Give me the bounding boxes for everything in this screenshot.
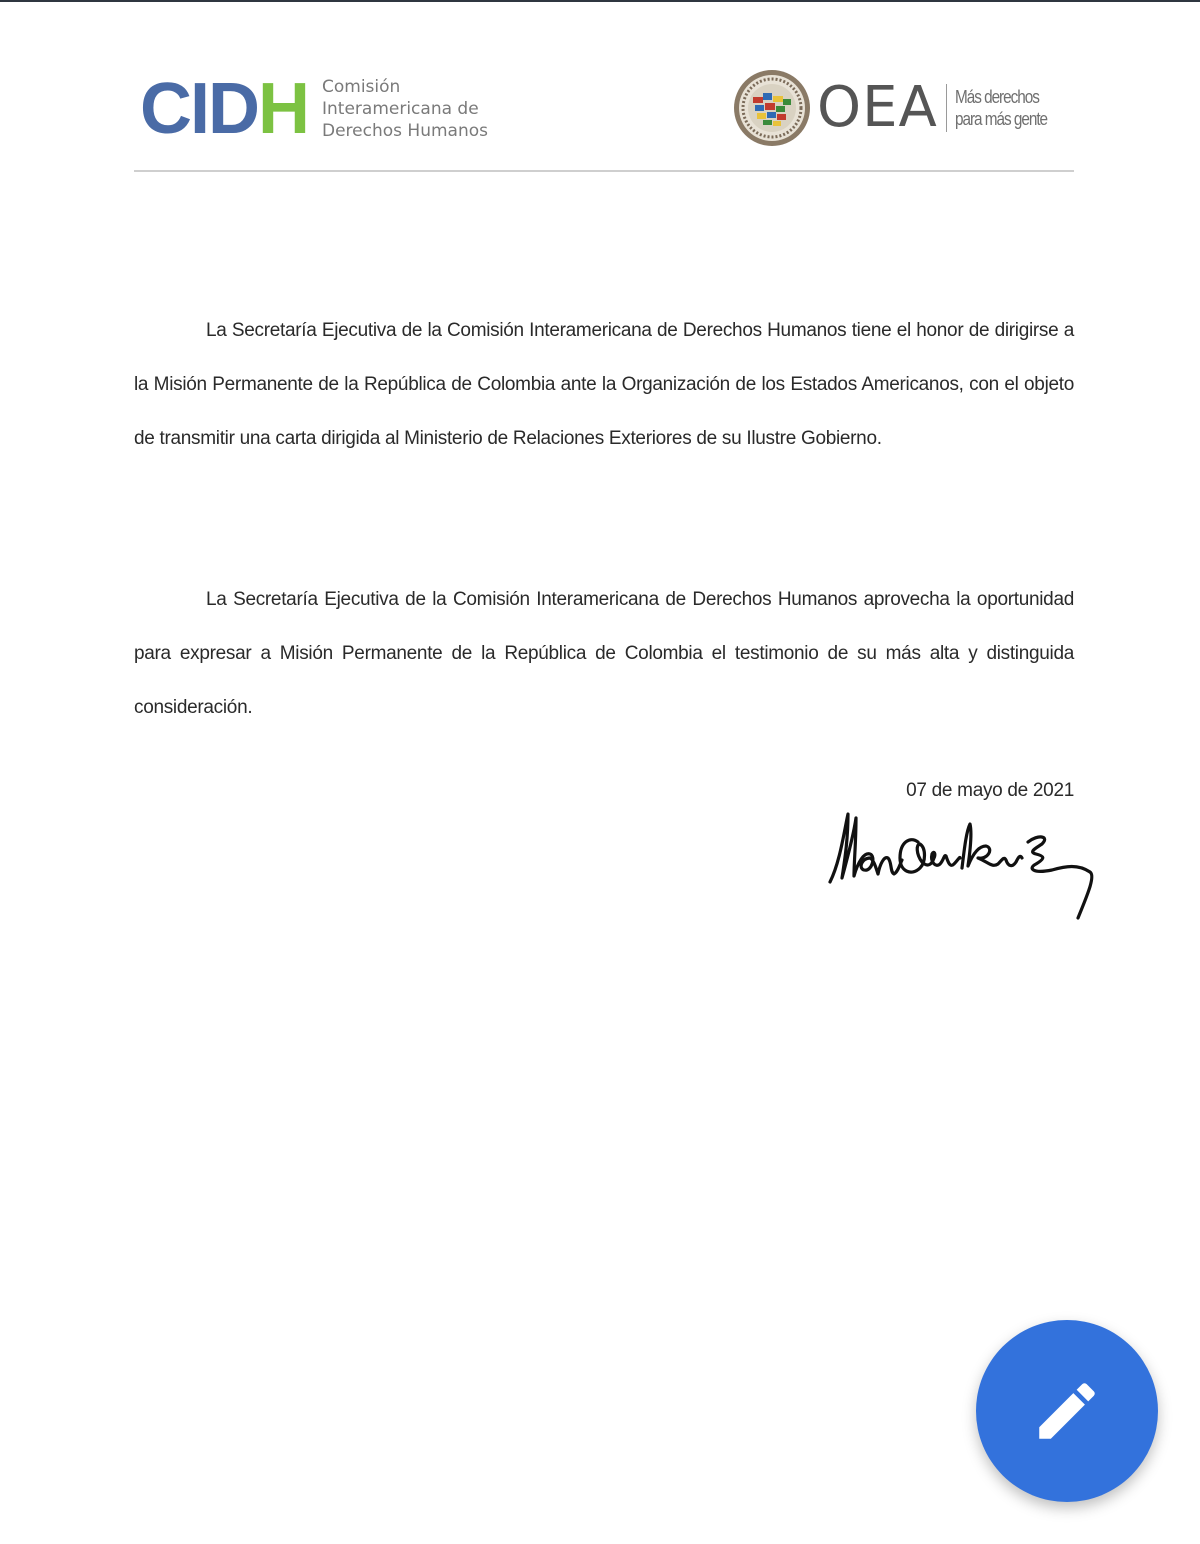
cidh-logo-mark: CIDH (140, 74, 308, 144)
header-divider (134, 170, 1074, 172)
letter-paragraph-text: La Secretaría Ejecutiva de la Comisión I… (134, 320, 1074, 449)
oea-logo-mark: OEA (817, 78, 938, 138)
letter-paragraph-text: La Secretaría Ejecutiva de la Comisión I… (134, 589, 1074, 718)
oea-separator (946, 84, 947, 132)
cidh-name: Comisión Interamericana de Derechos Huma… (322, 76, 488, 142)
oea-tagline-line: Más derechos (955, 86, 1047, 108)
oas-seal-icon (733, 69, 811, 147)
letter-paragraph: La Secretaría Ejecutiva de la Comisión I… (134, 573, 1074, 735)
letter-paragraph: La Secretaría Ejecutiva de la Comisión I… (134, 304, 1074, 466)
oea-logo: OEA Más derechos para más gente (733, 68, 1063, 148)
document-page: CIDH Comisión Interamericana de Derechos… (0, 2, 1200, 1544)
cidh-mark-accent: H (258, 69, 308, 149)
cidh-mark-main: CID (140, 69, 258, 149)
pencil-icon (1030, 1374, 1104, 1448)
oea-tagline: Más derechos para más gente (955, 86, 1047, 130)
handwritten-signature (822, 802, 1112, 932)
cidh-name-line: Comisión (322, 76, 488, 98)
cidh-logo: CIDH Comisión Interamericana de Derechos… (140, 74, 488, 144)
oea-tagline-line: para más gente (955, 108, 1047, 130)
cidh-name-line: Derechos Humanos (322, 120, 488, 142)
edit-fab-button[interactable] (976, 1320, 1158, 1502)
cidh-name-line: Interamericana de (322, 98, 488, 120)
letter-date: 07 de mayo de 2021 (906, 780, 1074, 802)
